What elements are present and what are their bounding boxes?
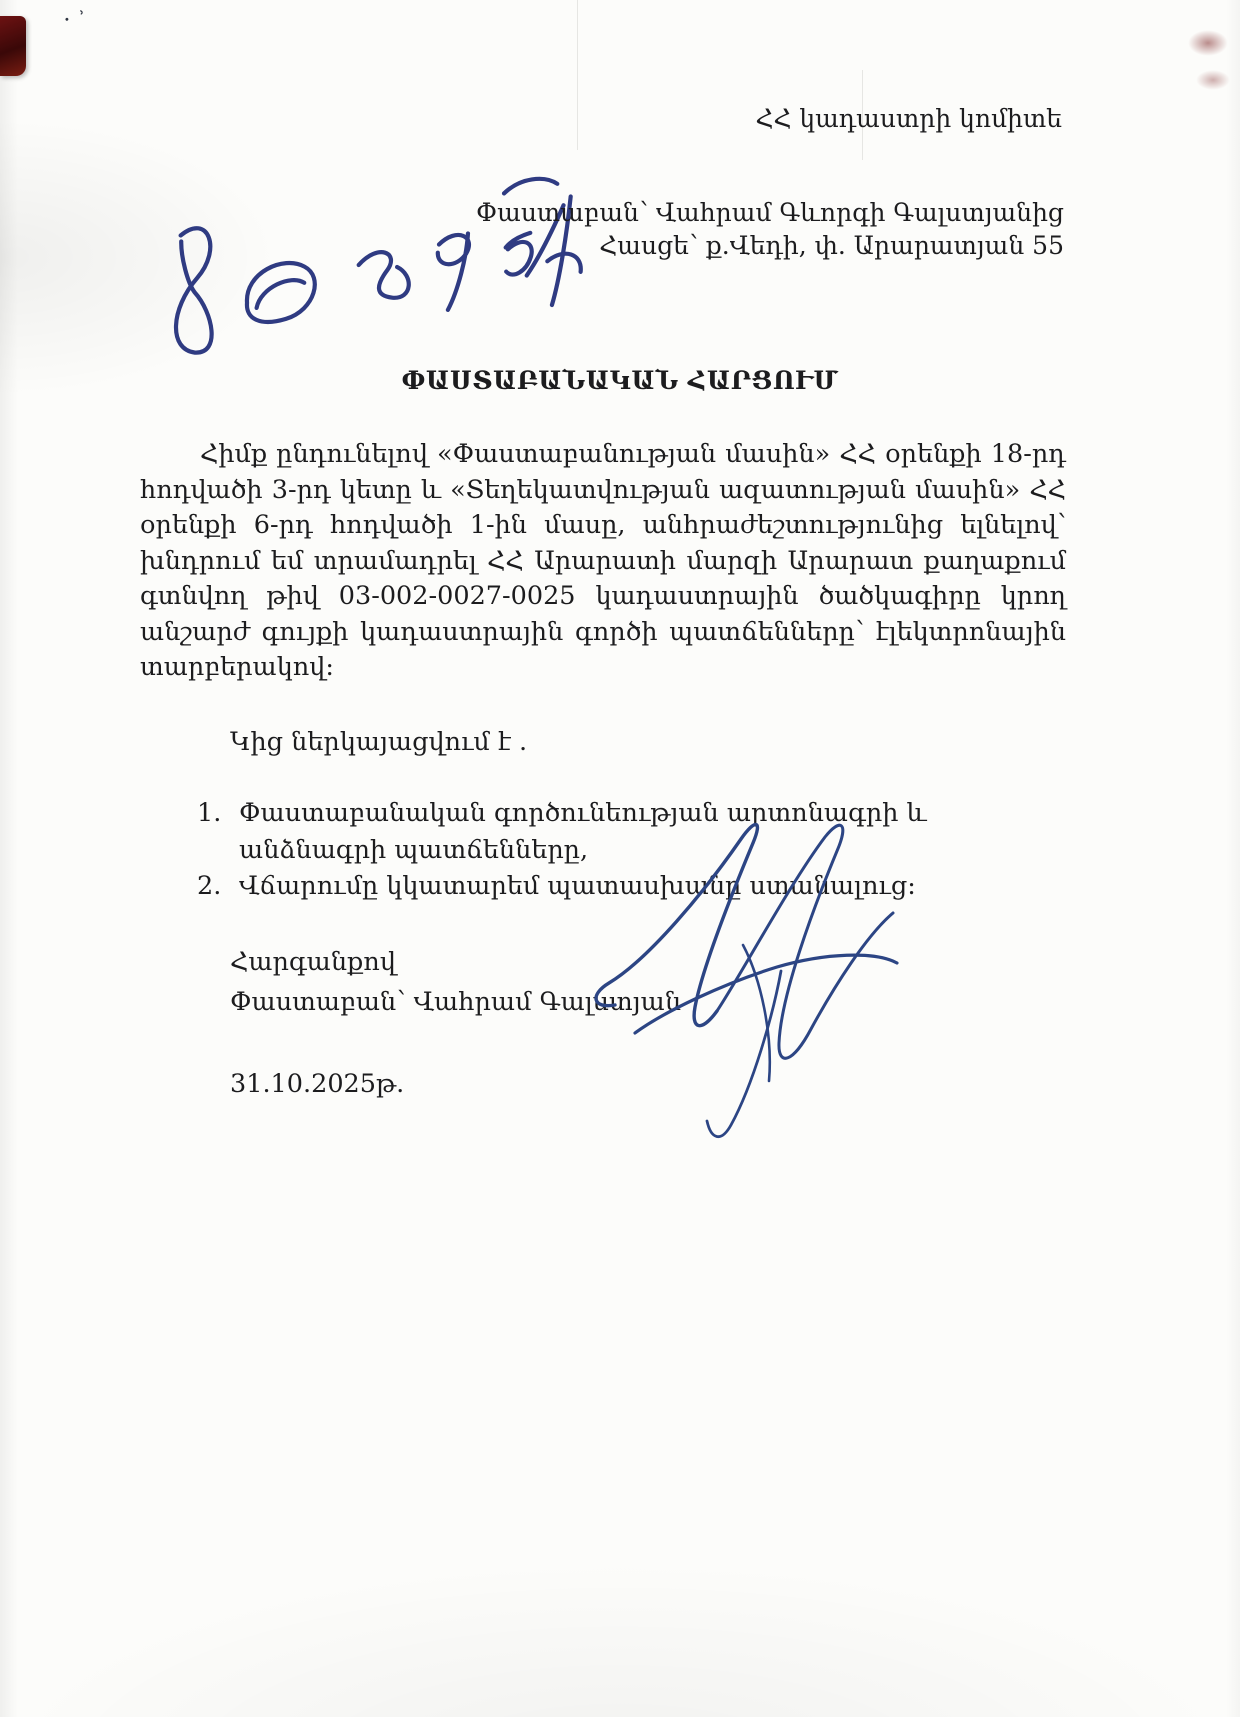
sender-name-line: Փաստաբան՝ Վահրամ Գևորգի Գալստյանից [476,196,1064,229]
document-title: ՓԱՍՏԱԲԱՆԱԿԱՆ ՀԱՐՑՈՒՄ [0,366,1240,395]
body-paragraph: Հիմք ընդունելով «Փաստաբանության մասին» Հ… [140,437,1066,686]
sender-block: Փաստաբան՝ Վահրամ Գևորգի Գալստյանից Հասցե… [476,196,1064,262]
pen-scribble-mark: ·ʾ [62,2,115,32]
scan-ink-blot [1188,30,1228,56]
scan-corner-mark [0,16,26,76]
list-item-number: 2. [197,868,239,905]
attachments-intro: Կից ներկայացվում է . [230,727,527,757]
scan-ink-blot [1196,70,1230,90]
recipient-line: ՀՀ կադաստրի կոմիտե [755,103,1062,135]
scan-artifact-line [577,0,578,150]
handwritten-signature [545,795,915,1145]
scanned-letter-page: ·ʾ ՀՀ կադաստրի կոմիտե Փաստաբան՝ Վահրամ Գ… [0,0,1240,1717]
sender-address-line: Հասցե՝ ք.Վեդի, փ. Արարատյան 55 [476,229,1064,262]
list-item-number: 1. [197,795,239,868]
